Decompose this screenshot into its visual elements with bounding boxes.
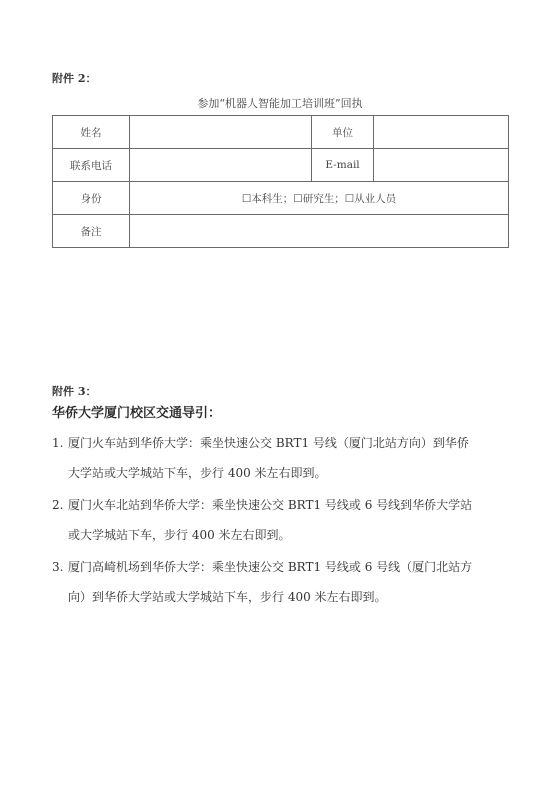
- organization-field[interactable]: [374, 116, 509, 149]
- table-row: 身份 ☐本科生；☐研究生；☐从业人员: [53, 182, 509, 215]
- remarks-label: 备注: [53, 215, 130, 248]
- item-number: 3.: [52, 552, 68, 582]
- attachment-2-label: 附件 2：: [52, 70, 96, 86]
- item-text-line1: 厦门火车站到华侨大学：乘坐快速公交 BRT1 号线（厦门北站方向）到华侨: [68, 436, 469, 450]
- organization-label: 单位: [312, 116, 374, 149]
- form-title: 参加“机器人智能加工培训班”回执: [0, 95, 560, 111]
- name-label: 姓名: [53, 116, 130, 149]
- list-item: 3.厦门高崎机场到华侨大学：乘坐快速公交 BRT1 号线或 6 号线（厦门北站方…: [52, 552, 512, 612]
- identity-options[interactable]: ☐本科生；☐研究生；☐从业人员: [130, 182, 509, 215]
- traffic-guide-title: 华侨大学厦门校区交通导引：: [52, 402, 221, 421]
- attachment-3-label: 附件 3：: [52, 383, 96, 399]
- phone-label: 联系电话: [53, 149, 130, 182]
- item-text-line2: 或大学城站下车，步行 400 米左右即到。: [52, 520, 512, 550]
- phone-field[interactable]: [130, 149, 312, 182]
- list-item: 1.厦门火车站到华侨大学：乘坐快速公交 BRT1 号线（厦门北站方向）到华侨 大…: [52, 428, 512, 488]
- item-text-line1: 厦门火车北站到华侨大学：乘坐快速公交 BRT1 号线或 6 号线到华侨大学站: [68, 498, 472, 512]
- remarks-field[interactable]: [130, 215, 509, 248]
- item-text-line2: 向）到华侨大学站或大学城站下车，步行 400 米左右即到。: [52, 582, 512, 612]
- email-label: E-mail: [312, 149, 374, 182]
- item-text-line1: 厦门高崎机场到华侨大学：乘坐快速公交 BRT1 号线或 6 号线（厦门北站方: [68, 560, 472, 574]
- email-field[interactable]: [374, 149, 509, 182]
- table-row: 姓名 单位: [53, 116, 509, 149]
- item-text-line2: 大学站或大学城站下车，步行 400 米左右即到。: [52, 458, 512, 488]
- list-item: 2.厦门火车北站到华侨大学：乘坐快速公交 BRT1 号线或 6 号线到华侨大学站…: [52, 490, 512, 550]
- item-number: 2.: [52, 490, 68, 520]
- registration-form-table: 姓名 单位 联系电话 E-mail 身份 ☐本科生；☐研究生；☐从业人员 备注: [52, 115, 509, 248]
- item-number: 1.: [52, 428, 68, 458]
- table-row: 备注: [53, 215, 509, 248]
- table-row: 联系电话 E-mail: [53, 149, 509, 182]
- name-field[interactable]: [130, 116, 312, 149]
- identity-label: 身份: [53, 182, 130, 215]
